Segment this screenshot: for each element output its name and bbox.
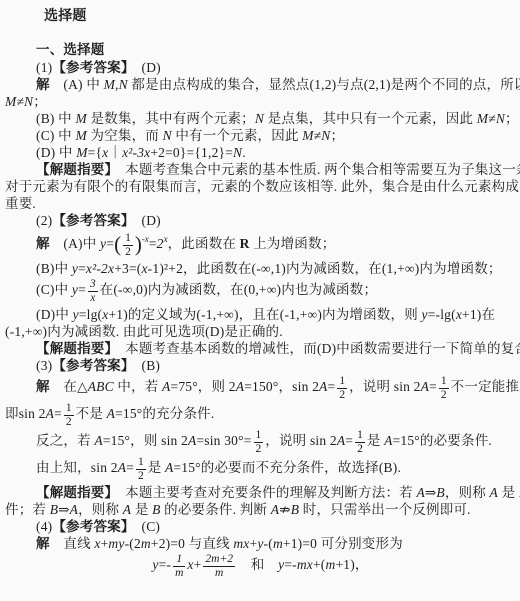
text: (C) bbox=[128, 519, 160, 534]
text: 件；若 bbox=[5, 502, 50, 517]
text: +1)=0 可分别变形为 bbox=[283, 536, 403, 551]
text: ⇏ bbox=[279, 502, 291, 517]
text: (D) bbox=[128, 213, 161, 228]
hint-line-q3: 【解题指要】 本题主要考查对充要条件的理解及判断方法：若 A⇒B，则称 A 是 … bbox=[5, 484, 516, 501]
text: 都是由点构成的集合，显然点(1,2)与点(2,1)是两个不同的点，所以 bbox=[128, 77, 520, 92]
bold-text: 【参考答案】 bbox=[52, 519, 127, 534]
text: 是数集，其中有两个元素； bbox=[87, 111, 255, 126]
bold-text: 解 bbox=[36, 536, 50, 551]
hint-line-q3: 件；若 B⇒A，则称 A 是 B 的必要条件. 判断 A⇏B 时，只需举出一个反… bbox=[5, 501, 516, 518]
text: +1)， bbox=[335, 557, 368, 572]
text: +1)在 bbox=[462, 307, 495, 322]
hint-line-q2: 【解题指要】 本题考查基本函数的增减性，而(D)中函数需要进行一下简单的复合. bbox=[5, 340, 516, 357]
math-bold-symbol: R bbox=[240, 236, 250, 251]
fraction: 12 bbox=[355, 430, 365, 455]
solution-line: 解 (A)中 y=(12)-x=2x，此函数在 R 上为增函数； bbox=[5, 231, 516, 258]
superscript: -x bbox=[142, 234, 149, 244]
fraction-numerator: 1 bbox=[355, 430, 365, 443]
text: = bbox=[106, 236, 114, 251]
bold-text: 【解题指要】 bbox=[36, 341, 111, 356]
text: ，说明 sin 2 bbox=[349, 379, 421, 394]
text: =15°的充分条件. bbox=[115, 406, 214, 421]
text: (1) bbox=[36, 60, 52, 75]
math-expression: A bbox=[123, 502, 131, 517]
solution-line: 即sin 2A=12不是 A=15°的充分条件. bbox=[5, 403, 516, 428]
solution-line: (C)中 y=3x在(-∞,0)内为减函数，在(0,+∞)内也为减函数； bbox=[5, 279, 516, 304]
fraction-numerator: 2m+2 bbox=[203, 554, 235, 567]
fraction-numerator: 1 bbox=[254, 430, 264, 443]
solution-line: 解 直线 x+my-(2m+2)=0 与直线 mx+y-(m+1)=0 可分别变… bbox=[5, 535, 516, 552]
text: = bbox=[345, 433, 353, 448]
math-expression: A bbox=[162, 379, 170, 394]
text: ，此函数在 bbox=[168, 236, 240, 251]
math-expression: N bbox=[255, 111, 264, 126]
fraction-numerator: 1 bbox=[337, 376, 347, 389]
text: ⇒ bbox=[58, 502, 70, 517]
text: 中，若 bbox=[114, 379, 162, 394]
hint-line-q1: 对于元素为有限个的有限集而言，元素的个数应该相等. 此外，集合是由什么元素构成的… bbox=[5, 178, 516, 195]
text: 时，只需举出一个反例即可. bbox=[299, 502, 471, 517]
fraction: 1m bbox=[173, 554, 185, 579]
solution-line: M≠N； bbox=[5, 93, 516, 110]
solution-line: 由上知，sin 2A=12是 A=15°的必要而不充分条件，故选择(B). bbox=[5, 457, 516, 482]
answer-line-q2: (2)【参考答案】 (D) bbox=[5, 212, 516, 229]
fraction-numerator: 1 bbox=[64, 403, 74, 416]
section-heading: 一、选择题 bbox=[5, 41, 516, 58]
fraction-denominator: x bbox=[88, 292, 98, 304]
math-expression: B bbox=[152, 502, 160, 517]
solution-line: 反之，若 A=15°，则 sin 2A=sin 30°=12，说明 sin 2A… bbox=[5, 430, 516, 455]
text: 直线 bbox=[50, 536, 95, 551]
fraction-denominator: m bbox=[173, 567, 185, 579]
fraction-denominator: 2 bbox=[439, 389, 449, 401]
text: ={ bbox=[88, 145, 103, 160]
text: 本题主要考查对充要条件的理解及判断方法：若 bbox=[111, 485, 416, 500]
math-expression: A bbox=[70, 502, 78, 517]
math-expression: M bbox=[75, 128, 86, 143]
math-expression: x²-2x bbox=[86, 261, 114, 276]
math-expression: m bbox=[141, 536, 151, 551]
math-expression: m bbox=[326, 557, 336, 572]
text: 和 bbox=[237, 557, 278, 572]
math-expression: M≠N bbox=[477, 111, 505, 126]
text: +2=0}={1,2}= bbox=[150, 145, 233, 160]
text: (B)中 bbox=[36, 261, 72, 276]
math-expression: M bbox=[76, 145, 87, 160]
fraction-denominator: 2 bbox=[254, 443, 264, 455]
big-paren: ( bbox=[114, 232, 121, 256]
text: = bbox=[126, 460, 134, 475]
text: =15°的必要条件. bbox=[393, 433, 492, 448]
text: 上为增函数； bbox=[250, 236, 336, 251]
fraction-numerator: 3 bbox=[88, 279, 98, 292]
bold-text: 选择题 bbox=[44, 9, 87, 24]
fraction: 12 bbox=[254, 430, 264, 455]
text: ； bbox=[505, 111, 519, 126]
text: = bbox=[78, 261, 86, 276]
math-expression: A bbox=[421, 379, 429, 394]
text: (D)中 bbox=[36, 307, 73, 322]
text: 对于元素为有限个的有限集而言，元素的个数应该相等. 此外，集合是由什么元素构成的… bbox=[5, 179, 520, 194]
text: 在△ bbox=[50, 379, 88, 394]
bold-text: 解 bbox=[36, 77, 50, 92]
text: 是 bbox=[131, 502, 152, 517]
bold-text: 一、选择题 bbox=[36, 42, 105, 57]
text: . bbox=[242, 145, 246, 160]
fraction: 12 bbox=[123, 233, 133, 258]
text: = bbox=[328, 379, 336, 394]
bold-text: 【参考答案】 bbox=[52, 60, 127, 75]
math-expression: A bbox=[107, 406, 115, 421]
page: 选择题一、选择题(1)【参考答案】 (D)解 (A) 中 M,N 都是由点构成的… bbox=[0, 0, 520, 601]
math-expression: B bbox=[50, 502, 58, 517]
math-expression: m bbox=[273, 536, 283, 551]
math-expression: M,N bbox=[104, 77, 128, 92]
bold-text: 【参考答案】 bbox=[52, 213, 127, 228]
text: ，则称 bbox=[78, 502, 123, 517]
text: (3) bbox=[36, 358, 52, 373]
solution-line: 解 (A) 中 M,N 都是由点构成的集合，显然点(1,2)与点(2,1)是两个… bbox=[5, 76, 516, 93]
text: (4) bbox=[36, 519, 52, 534]
text: (A) 中 bbox=[50, 77, 104, 92]
text: 本题考查集合中元素的基本性质. 两个集合相等需要互为子集这一条件，而 bbox=[111, 162, 520, 177]
text: (C)中 bbox=[36, 282, 72, 297]
math-expression: A bbox=[319, 379, 327, 394]
text: -1)²+2，此函数在(-∞,1)内为减函数，在(1,+∞)内为增函数； bbox=[148, 261, 502, 276]
math-expression: 2 bbox=[157, 236, 164, 251]
math-expression: ABC bbox=[88, 379, 114, 394]
text: (A)中 bbox=[50, 236, 100, 251]
text: ； bbox=[33, 94, 47, 109]
text: 不一定能推出 bbox=[451, 379, 520, 394]
text: 即sin 2 bbox=[5, 406, 46, 421]
text: =- bbox=[159, 557, 172, 572]
text: 中有一个元素，因此 bbox=[172, 128, 302, 143]
bold-text: 【解题指要】 bbox=[36, 162, 111, 177]
math-expression: B bbox=[436, 485, 444, 500]
fraction: 3x bbox=[88, 279, 98, 304]
text: (-1,+∞)内为减函数. 由此可见选项(D)是正确的. bbox=[5, 324, 283, 339]
fraction: 12 bbox=[337, 376, 347, 401]
answer-line-q3: (3)【参考答案】 (B) bbox=[5, 357, 516, 374]
text: ⇒ bbox=[425, 485, 437, 500]
text: +3=( bbox=[114, 261, 141, 276]
text: =75°，则 2 bbox=[171, 379, 236, 394]
fraction: 12 bbox=[136, 457, 146, 482]
solution-line: (B)中 y=x²-2x+3=(x-1)²+2，此函数在(-∞,1)内为减函数，… bbox=[5, 260, 516, 277]
solution-line: (D)中 y=lg(x+1)的定义域为(-1,+∞)，且在(-1,+∞)内为增函… bbox=[5, 306, 516, 323]
text: +( bbox=[313, 557, 326, 572]
text: 本题考查基本函数的增减性，而(D)中函数需要进行一下简单的复合. bbox=[111, 341, 520, 356]
fraction-denominator: m bbox=[203, 567, 235, 579]
fraction-denominator: 2 bbox=[123, 246, 133, 258]
text: = bbox=[54, 406, 62, 421]
math-expression: A bbox=[416, 485, 424, 500]
page-title: 选择题 bbox=[5, 8, 516, 25]
bold-text: 解 bbox=[36, 379, 50, 394]
text: 是点集，其中只有一个元素，因此 bbox=[264, 111, 477, 126]
solution-line: (B) 中 M 是数集，其中有两个元素；N 是点集，其中只有一个元素，因此 M≠… bbox=[5, 110, 516, 127]
text: = bbox=[78, 282, 86, 297]
math-expression: A bbox=[46, 406, 54, 421]
math-expression: A bbox=[94, 433, 102, 448]
math-expression: A bbox=[271, 502, 279, 517]
text: ｜ bbox=[108, 145, 122, 160]
text: =150°，sin 2 bbox=[244, 379, 319, 394]
fraction-denominator: 2 bbox=[64, 416, 74, 428]
hint-line-q1: 重要. bbox=[5, 195, 516, 212]
solution-line: (C) 中 M 为空集，而 N 中有一个元素，因此 M≠N； bbox=[5, 127, 516, 144]
text: ，说明 sin 2 bbox=[265, 433, 337, 448]
fraction: 12 bbox=[64, 403, 74, 428]
text: -( bbox=[264, 536, 273, 551]
text: 不是 bbox=[76, 406, 107, 421]
text: ，则称 bbox=[445, 485, 490, 500]
solution-line: (D) 中 M={x｜x²-3x+2=0}={1,2}=N. bbox=[5, 144, 516, 161]
math-expression: mx bbox=[233, 536, 249, 551]
text: =sin 30°= bbox=[196, 433, 251, 448]
text: (C) 中 bbox=[36, 128, 75, 143]
text: + bbox=[194, 557, 202, 572]
text: +2)=0 与直线 bbox=[151, 536, 233, 551]
bold-text: 解 bbox=[36, 236, 50, 251]
text: ； bbox=[331, 128, 345, 143]
fraction-numerator: 1 bbox=[123, 233, 133, 246]
math-expression: A bbox=[236, 379, 244, 394]
fraction-denominator: 2 bbox=[136, 470, 146, 482]
math-expression: A bbox=[118, 460, 126, 475]
math-expression: M≠N bbox=[302, 128, 330, 143]
math-expression: N bbox=[233, 145, 242, 160]
bold-text: 【参考答案】 bbox=[52, 358, 127, 373]
fraction-numerator: 1 bbox=[173, 554, 185, 567]
text: 反之，若 bbox=[36, 433, 94, 448]
answer-line-q1: (1)【参考答案】 (D) bbox=[5, 59, 516, 76]
text: 的必要条件. 判断 bbox=[161, 502, 271, 517]
text: =-lg( bbox=[428, 307, 456, 322]
text: 在(-∞,0)内为减函数，在(0,+∞)内也为减函数； bbox=[100, 282, 378, 297]
text: =lg( bbox=[79, 307, 102, 322]
hint-line-q1: 【解题指要】 本题考查集合中元素的基本性质. 两个集合相等需要互为子集这一条件，… bbox=[5, 161, 516, 178]
math-expression: M bbox=[75, 111, 86, 126]
display-formula: y=-1mx+2m+2m 和 y=-mx+(m+1)， bbox=[5, 554, 516, 579]
text: +1)的定义域为(-1,+∞)，且在(-1,+∞)内为增函数，则 bbox=[108, 307, 421, 322]
big-paren: ) bbox=[135, 232, 142, 256]
fraction: 12 bbox=[439, 376, 449, 401]
text: 是 bbox=[148, 460, 165, 475]
fraction-denominator: 2 bbox=[337, 389, 347, 401]
text: =- bbox=[284, 557, 297, 572]
math-expression: my bbox=[108, 536, 124, 551]
math-expression: A bbox=[490, 485, 498, 500]
text: 是 bbox=[498, 485, 519, 500]
text: (B) 中 bbox=[36, 111, 75, 126]
text: (D) bbox=[128, 60, 161, 75]
math-expression: N bbox=[163, 128, 172, 143]
text: -(2 bbox=[125, 536, 141, 551]
bold-text: 【解题指要】 bbox=[36, 485, 111, 500]
math-expression: M≠N bbox=[5, 94, 33, 109]
solution-line: 解 在△ABC 中，若 A=75°，则 2A=150°，sin 2A=12，说明… bbox=[5, 376, 516, 401]
text: =15°，则 sin 2 bbox=[103, 433, 188, 448]
math-expression: A bbox=[337, 433, 345, 448]
text: = bbox=[429, 379, 437, 394]
math-expression: B bbox=[291, 502, 299, 517]
answer-line-q4: (4)【参考答案】 (C) bbox=[5, 518, 516, 535]
math-expression: mx bbox=[297, 557, 313, 572]
fraction: 2m+2m bbox=[203, 554, 235, 579]
text: 由上知，sin 2 bbox=[36, 460, 118, 475]
math-expression: x²-3x bbox=[122, 145, 150, 160]
solution-line: (-1,+∞)内为减函数. 由此可见选项(D)是正确的. bbox=[5, 323, 516, 340]
fraction-numerator: 1 bbox=[439, 376, 449, 389]
text: (D) 中 bbox=[36, 145, 76, 160]
text: (B) bbox=[128, 358, 160, 373]
text: 为空集，而 bbox=[87, 128, 163, 143]
text: 重要. bbox=[5, 196, 36, 211]
text: = bbox=[149, 236, 157, 251]
math-expression: A bbox=[384, 433, 392, 448]
text: (2) bbox=[36, 213, 52, 228]
fraction-numerator: 1 bbox=[136, 457, 146, 470]
text: 是 bbox=[367, 433, 384, 448]
fraction-denominator: 2 bbox=[355, 443, 365, 455]
text: =15°的必要而不充分条件，故选择(B). bbox=[173, 460, 401, 475]
